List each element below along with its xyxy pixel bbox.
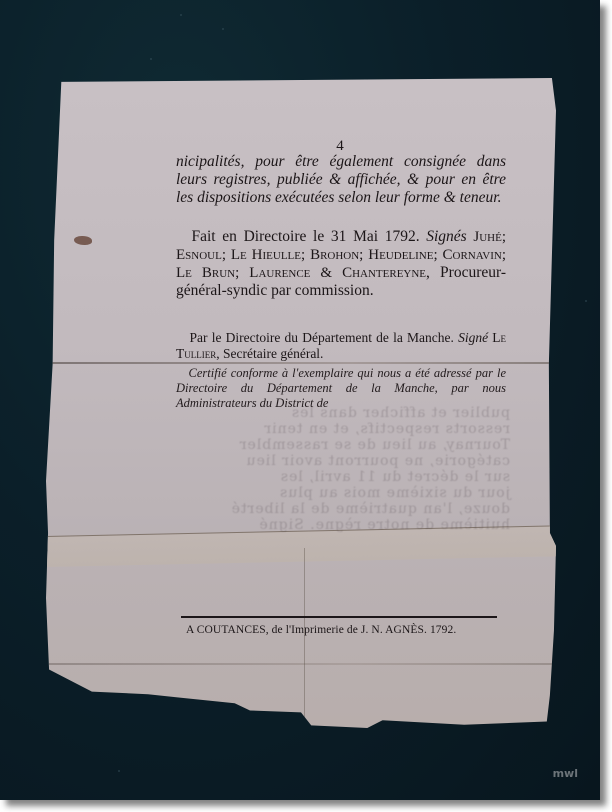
secretary-role: , Secrétaire général. (216, 346, 323, 361)
fold-crease (46, 663, 556, 665)
paragraph-signatures: Fait en Directoire le 31 Mai 1792. Signé… (176, 228, 506, 300)
felt-texture (180, 14, 182, 16)
photograph: publier et afficher dans les ressorts re… (0, 0, 600, 800)
felt-texture (150, 58, 152, 60)
show-through-text: publier et afficher dans les ressorts re… (180, 405, 510, 533)
decree-date-text: Fait en Directoire le 31 Mai 1792. (192, 228, 420, 245)
paragraph-certification: Certifié conforme à l'exemplaire qui nou… (176, 366, 506, 411)
imprint-rule (181, 616, 497, 618)
ink-stain (74, 236, 92, 245)
secretary-intro: Par le Directoire du Département de la M… (190, 330, 454, 345)
felt-texture (222, 28, 224, 30)
paragraph-secretary: Par le Directoire du Département de la M… (176, 330, 506, 362)
watermark: mwl (553, 767, 578, 780)
vertical-crease (304, 548, 305, 728)
printer-imprint: A COUTANCES, de l'Imprimerie de J. N. AG… (186, 624, 506, 636)
signed-label: Signé (458, 330, 488, 345)
fold-crease (46, 362, 556, 364)
signed-label: Signés (426, 228, 466, 245)
felt-texture (118, 770, 120, 772)
certification-text: Certifié conforme à l'exemplaire qui nou… (176, 366, 506, 410)
paragraph-registration: nicipalités, pour être également consign… (176, 153, 506, 207)
felt-texture (585, 300, 587, 302)
